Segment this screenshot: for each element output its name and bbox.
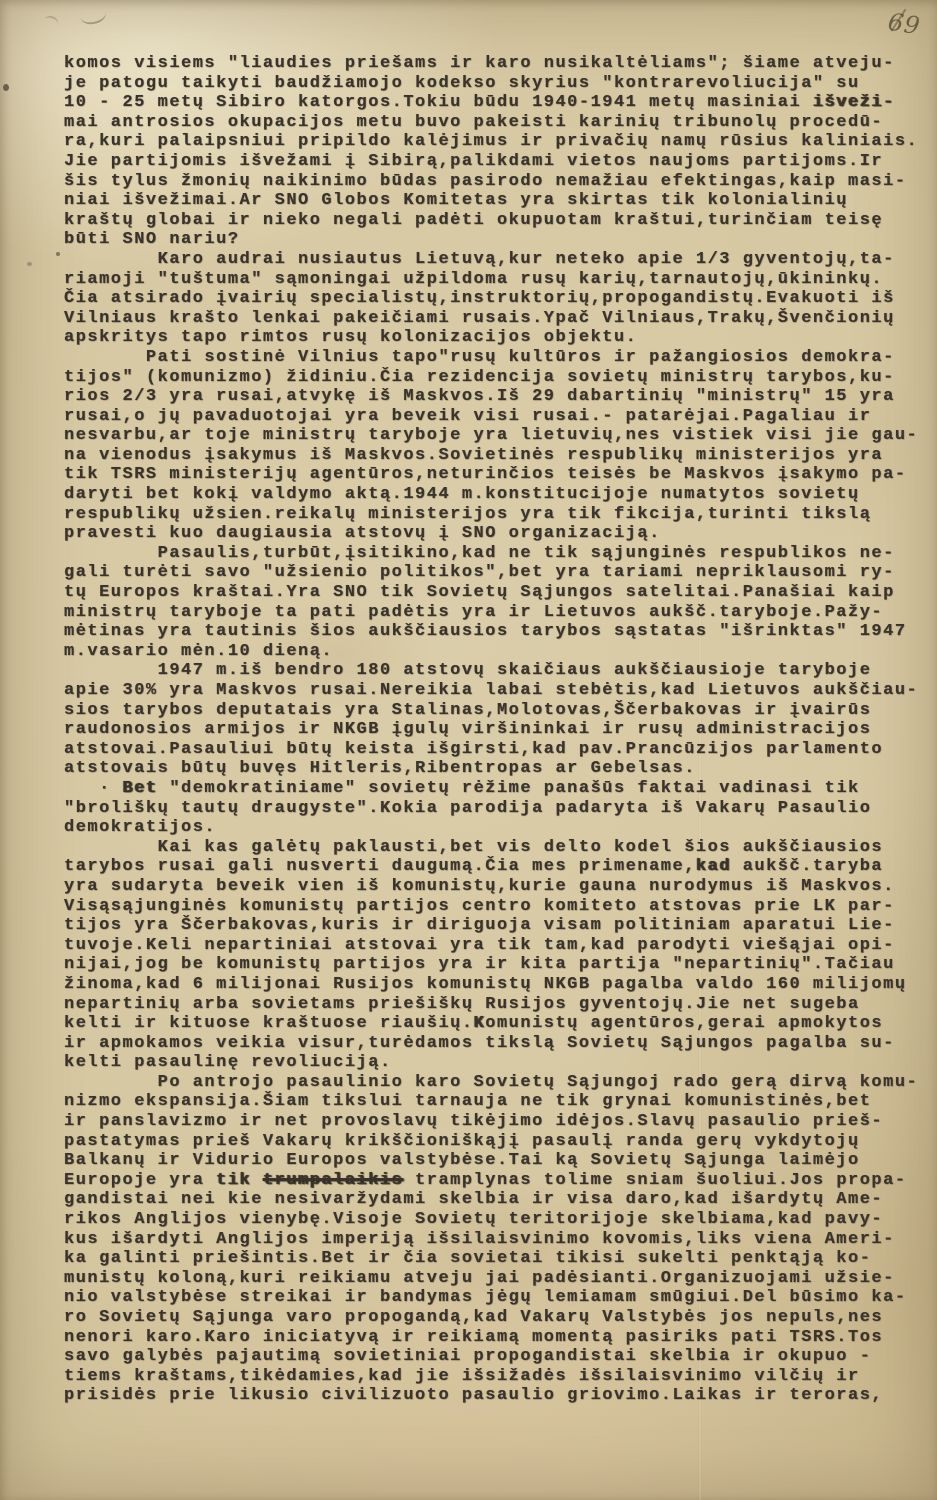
typewritten-line: tarybos rusai gali nusverti daugumą.Čia … — [64, 857, 937, 877]
paper-speck — [27, 262, 32, 266]
typewritten-line: nepartinių arba sovietams priešiškų Rusi… — [64, 995, 937, 1015]
typewritten-line: nio valstybėse streikai ir bandymas jėgų… — [64, 1288, 937, 1308]
typewritten-line: m.vasario mėn.10 dieną. — [64, 642, 937, 662]
typewritten-line: savo galybės pajautimą sovietiniai propo… — [64, 1347, 937, 1367]
typewritten-line: mėtinas yra tautinis šios aukščiausios t… — [64, 622, 937, 642]
typewritten-line: tik TSRS ministerijų agentūros,neturinči… — [64, 465, 937, 485]
typewritten-line: je patogu taikyti baudžiamojo kodekso sk… — [64, 74, 937, 94]
typewritten-line: mai antrosios okupacijos metu buvo pakei… — [64, 113, 937, 133]
typewritten-line: Karo audrai nusiautus Lietuvą,kur neteko… — [64, 250, 937, 270]
typewritten-line: munistų koloną,kuri reikiamu atveju jai … — [64, 1269, 937, 1289]
typewritten-line: Visąsąjunginės komunistų partijos centro… — [64, 897, 937, 917]
typewritten-line: respublikų užsien.reikalų ministerijos y… — [64, 505, 937, 525]
typewritten-line: ra,kuri palaipsniui pripildo kalėjimus i… — [64, 132, 937, 152]
typewritten-line: apskritys tapo rimtos rusų kolonizacijos… — [64, 328, 937, 348]
typewritten-line: rikos Anglijos vienybę.Visoje Sovietų te… — [64, 1210, 937, 1230]
handwritten-page-number: 69 — [886, 8, 923, 41]
typewritten-line: žinoma,kad 6 milijonai Rusijos komunistų… — [64, 975, 937, 995]
typewritten-line: gandistai nei kie nesivaržydami skelbia … — [64, 1190, 937, 1210]
typewritten-line: ka galinti priešintis.Bet ir čia sovieta… — [64, 1249, 937, 1269]
typewritten-line: kraštų globai ir nieko negali padėti oku… — [64, 211, 937, 231]
typewritten-line: būti SNO nariu? — [64, 230, 937, 250]
typewritten-line: 10 - 25 metų Sibiro katorgos.Tokiu būdu … — [64, 93, 937, 113]
typewritten-line: Balkanų ir Vidurio Europos valstybėse.Ta… — [64, 1151, 937, 1171]
typewritten-line: ir apmokamos veikia visur,turėdamos tiks… — [64, 1034, 937, 1054]
typewritten-line: apie 30% yra Maskvos rusai.Nereikia laba… — [64, 681, 937, 701]
typewritten-line: Vilniaus krašto lenkai pakeičiami rusais… — [64, 309, 937, 329]
typewritten-line: demokratijos. — [64, 818, 937, 838]
typewritten-line: riamoji "tuštuma" sąmoningai užpildoma r… — [64, 270, 937, 290]
paper-speck — [3, 84, 9, 91]
typewritten-line: atstovai.Pasauliui būtų keista išgirsti,… — [64, 740, 937, 760]
typewritten-line: raudonosios armijos ir NKGB įgulų viršin… — [64, 720, 937, 740]
typewritten-line: prisidės prie likusio civilizuoto pasaul… — [64, 1386, 937, 1406]
document-photo: 69 komos visiems "liaudies priešams ir k… — [0, 0, 937, 1500]
typewritten-line: nenori karo.Karo iniciatyvą ir reikiamą … — [64, 1328, 937, 1348]
typewritten-line: ministrų taryboje ta pati padėtis yra ir… — [64, 603, 937, 623]
typewritten-text-body: komos visiems "liaudies priešams ir karo… — [64, 54, 937, 1406]
typewritten-line: pravesti kuo daugiausia atstovų į SNO or… — [64, 524, 937, 544]
typewritten-line: Pasaulis,turbūt,įsitikino,kad ne tik sąj… — [64, 544, 937, 564]
typewritten-line: tijos yra Ščerbakovas,kuris ir diriguoja… — [64, 916, 937, 936]
typewritten-line: tiems kraštams,tikėdamies,kad jie išsiža… — [64, 1367, 937, 1387]
typewritten-line: pastatymas prieš Vakarų krikščioniškąjį … — [64, 1132, 937, 1152]
typewritten-line: rios 2/3 yra rusai,atvykę iš Maskvos.Iš … — [64, 387, 937, 407]
typewritten-line: nizmo ekspansija.Šiam tikslui tarnauja n… — [64, 1092, 937, 1112]
typewritten-line: tų Europos kraštai.Yra SNO tik Sovietų S… — [64, 583, 937, 603]
typewritten-line: na vienodus įsakymus iš Maskvos.Sovietin… — [64, 446, 937, 466]
typewritten-line: Pati sostinė Vilnius tapo"rusų kultūros … — [64, 348, 937, 368]
typewritten-line: · Bet "demokratiniame" sovietų rėžime pa… — [64, 779, 937, 799]
typewritten-line: tijos" (komunizmo) židiniu.Čia rezidenci… — [64, 368, 937, 388]
typewritten-line: sios tarybos deputatais yra Stalinas,Mol… — [64, 701, 937, 721]
typewritten-line: Po antrojo pasaulinio karo Sovietų Sąjun… — [64, 1073, 937, 1093]
typewritten-line: kus išardyti Anglijos imperiją išsilaisv… — [64, 1230, 937, 1250]
paper-speck — [56, 252, 60, 256]
typewritten-line: niai išvežimai.Ar SNO Globos Komitetas y… — [64, 191, 937, 211]
typewritten-line: ir panslavizmo ir net provoslavų tikėjim… — [64, 1112, 937, 1132]
typewritten-line: šis tylus žmonių naikinimo būdas pasirod… — [64, 172, 937, 192]
typewritten-line: rusai,o jų pavaduotojai yra beveik visi … — [64, 407, 937, 427]
typewritten-line: komos visiems "liaudies priešams ir karo… — [64, 54, 937, 74]
typewritten-line: nesvarbu,ar toje ministrų taryboje yra l… — [64, 426, 937, 446]
typewritten-line: atstovais būtų buvęs Hitleris,Ribentropa… — [64, 759, 937, 779]
typewritten-line: kelti pasaulinę revoliuciją. — [64, 1053, 937, 1073]
typewritten-line: yra sudaryta beveik vien iš komunistų,ku… — [64, 877, 937, 897]
typewritten-line: gali turėti savo "užsienio politikos",be… — [64, 563, 937, 583]
typewritten-line: ro Sovietų Sąjunga varo propogandą,kad V… — [64, 1308, 937, 1328]
typewritten-line: daryti bet kokį valdymo aktą.1944 m.kons… — [64, 485, 937, 505]
typewritten-line: tuvoje.Keli nepartiniai atstovai yra tik… — [64, 936, 937, 956]
typewritten-line: Čia atsirado įvairių specialistų,instruk… — [64, 289, 937, 309]
typewritten-line: 1947 m.iš bendro 180 atstovų skaičiaus a… — [64, 661, 937, 681]
typewritten-line: nijai,jog be komunistų partijos yra ir k… — [64, 955, 937, 975]
typewritten-line: "broliškų tautų draugyste".Kokia parodij… — [64, 799, 937, 819]
typewritten-line: kelti ir kituose kraštuose riaušių.Komun… — [64, 1014, 937, 1034]
typewritten-line: Jie partijomis išvežami į Sibirą,palikda… — [64, 152, 937, 172]
typewritten-line: Kai kas galėtų paklausti,bet vis delto k… — [64, 838, 937, 858]
typewritten-line: Europoje yra tik trumpalaikis tramplynas… — [64, 1171, 937, 1191]
